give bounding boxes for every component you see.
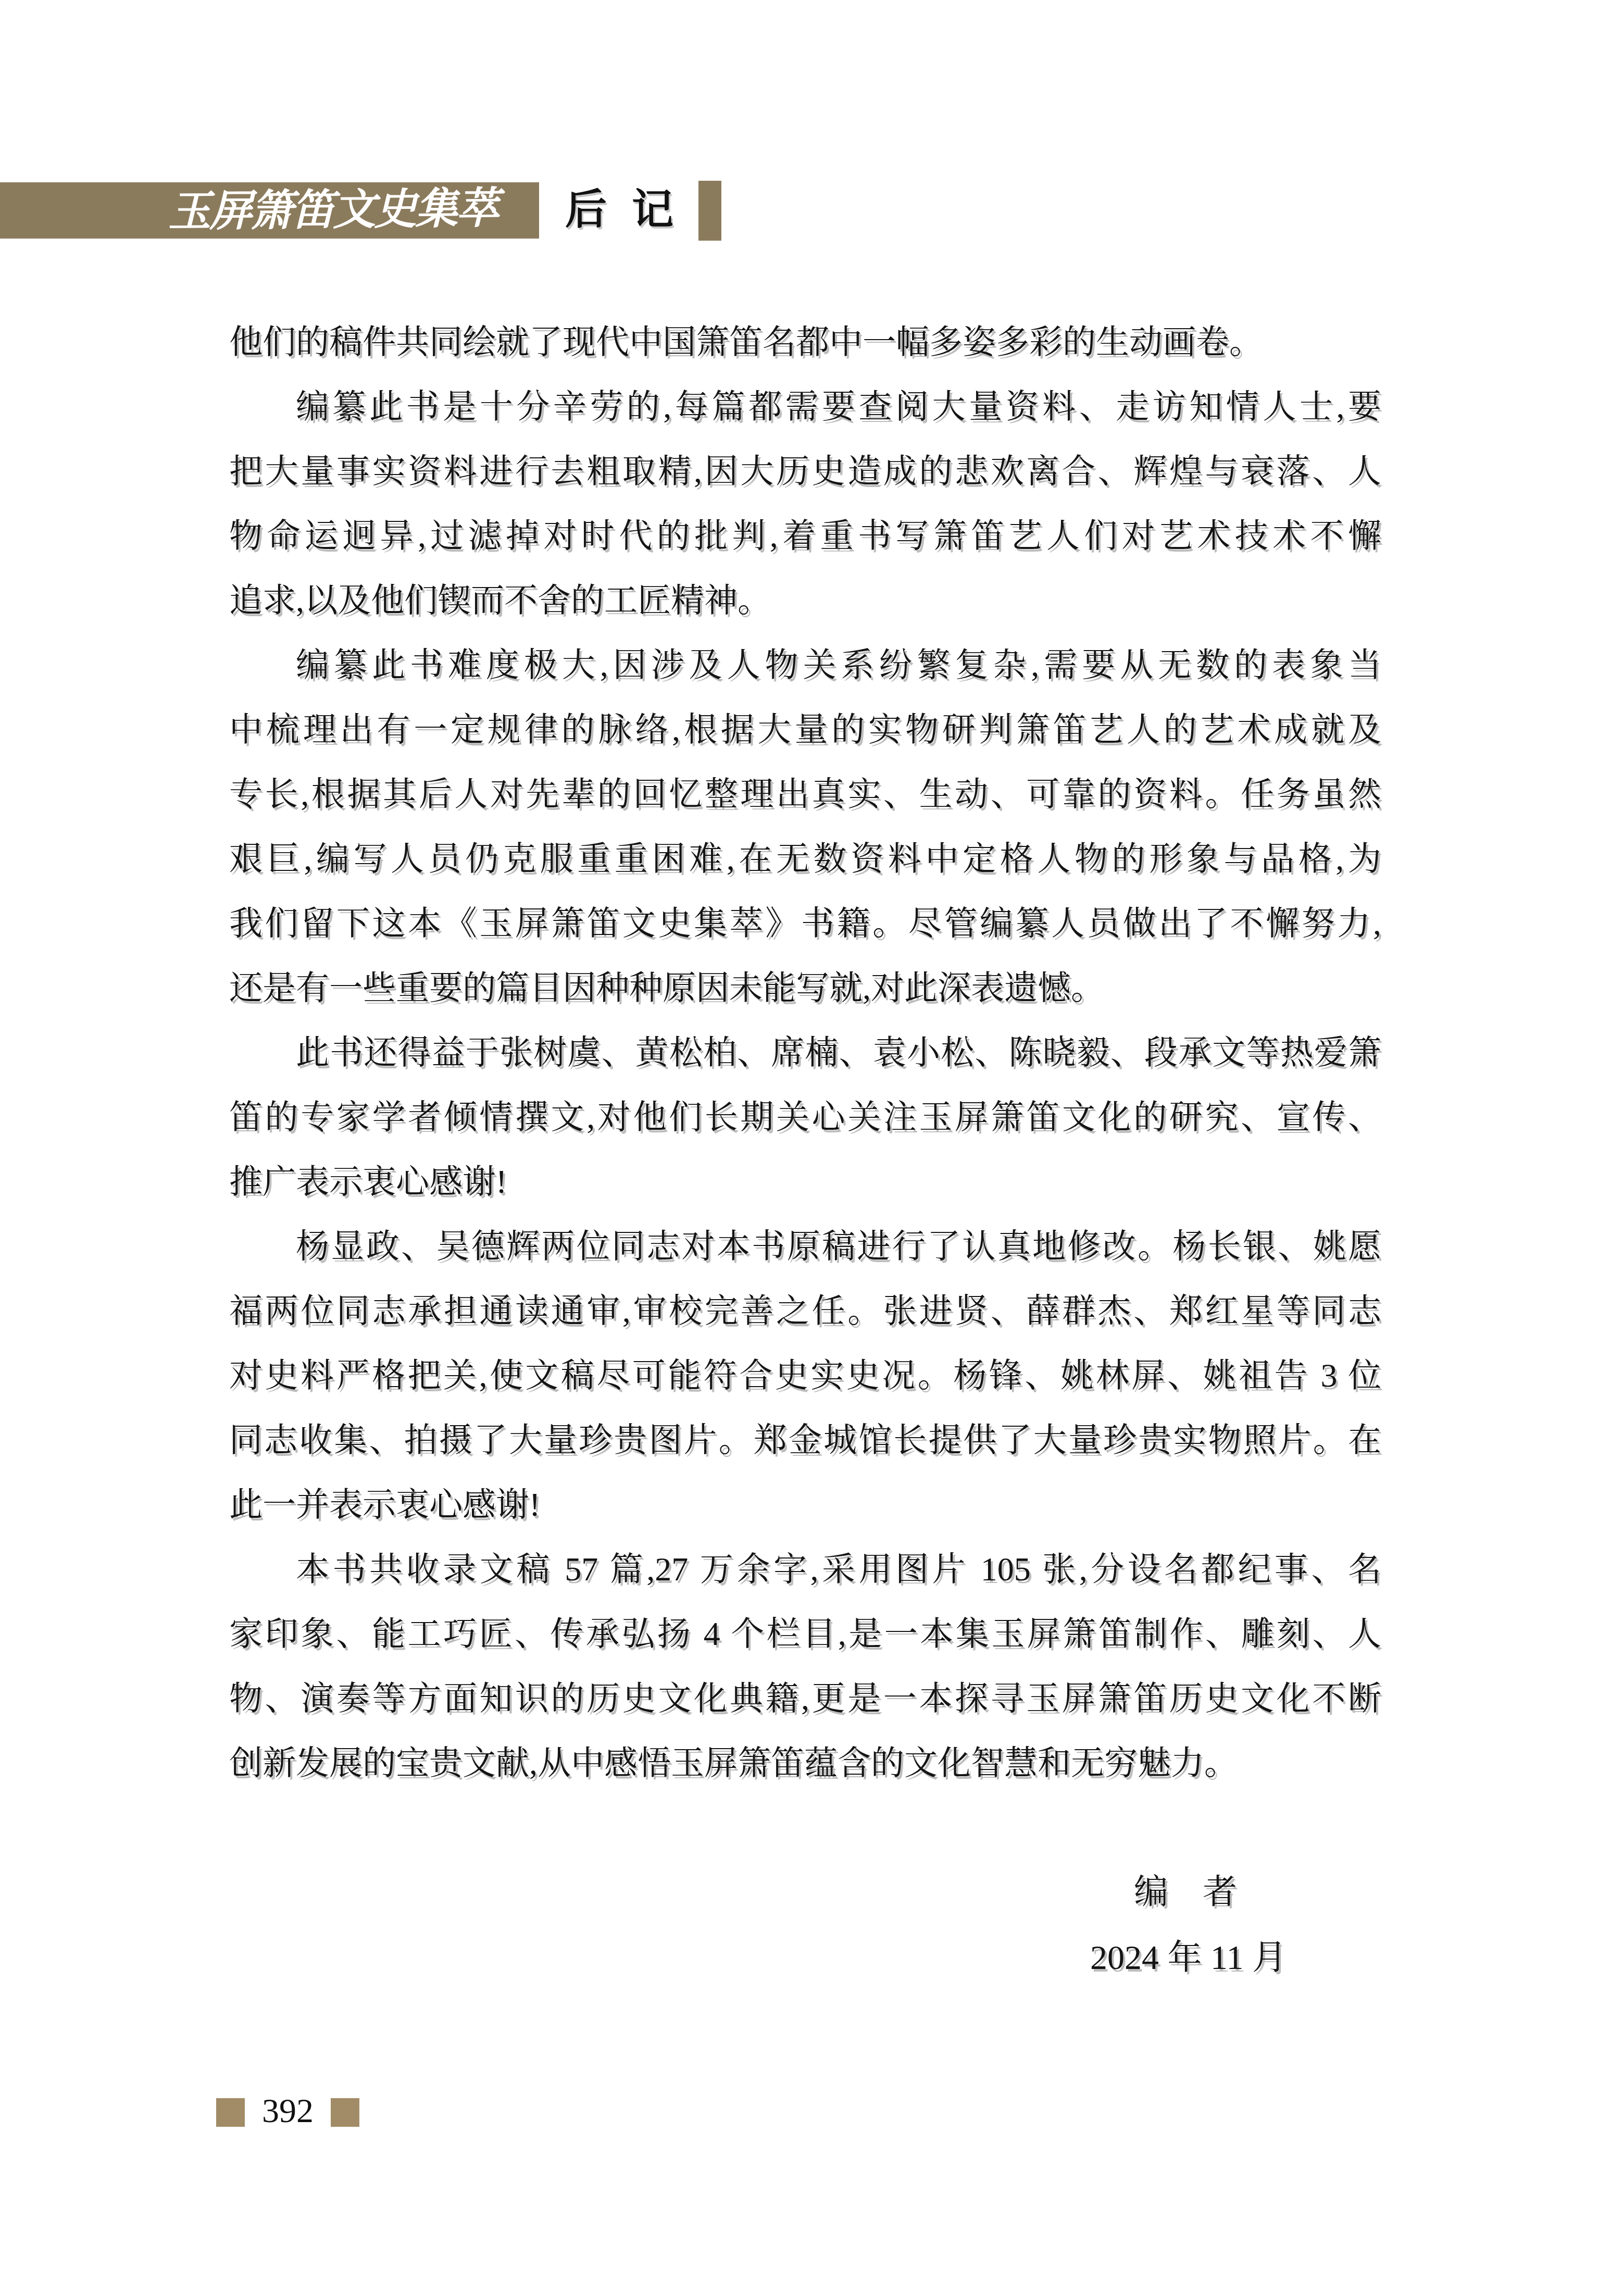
body-line: 笛的专家学者倾情撰文,对他们长期关心关注玉屏箫笛文化的研究、宣传、 xyxy=(229,1085,1381,1150)
body-line: 艰巨,编写人员仍克服重重困难,在无数资料中定格人物的形象与品格,为 xyxy=(229,827,1381,891)
body-line: 创新发展的宝贵文献,从中感悟玉屏箫笛蕴含的文化智慧和无穷魅力。 xyxy=(229,1731,1381,1796)
body-line: 中梳理出有一定规律的脉络,根据大量的实物研判箫笛艺人的艺术成就及 xyxy=(229,697,1381,762)
body-line: 还是有一些重要的篇目因种种原因未能写就,对此深表遗憾。 xyxy=(229,956,1381,1020)
body-line: 他们的稿件共同绘就了现代中国箫笛名都中一幅多姿多彩的生动画卷。 xyxy=(229,310,1381,375)
body-line: 编纂此书难度极大,因涉及人物关系纷繁复杂,需要从无数的表象当 xyxy=(229,633,1381,697)
body-line: 追求,以及他们锲而不舍的工匠精神。 xyxy=(229,568,1381,633)
body-line: 推广表示衷心感谢! xyxy=(229,1150,1381,1214)
footer-square-left xyxy=(216,2098,245,2127)
header-divider-bar xyxy=(698,181,721,241)
book-page: 玉屏箫笛文史集萃 后 记 他们的稿件共同绘就了现代中国箫笛名都中一幅多姿多彩的生… xyxy=(0,0,1624,2269)
body-line: 本书共收录文稿 57 篇,27 万余字,采用图片 105 张,分设名都纪事、名 xyxy=(229,1537,1381,1602)
signature-date: 2024 年 11 月 xyxy=(1090,1939,1286,1977)
body-line: 家印象、能工巧匠、传承弘扬 4 个栏目,是一本集玉屏箫笛制作、雕刻、人 xyxy=(229,1602,1381,1666)
book-title-calligraphy: 玉屏箫笛文史集萃 xyxy=(168,178,497,244)
header-band: 玉屏箫笛文史集萃 xyxy=(0,182,539,239)
body-line: 此书还得益于张树虞、黄松柏、席楠、袁小松、陈晓毅、段承文等热爱箫 xyxy=(229,1020,1381,1085)
body-line: 编纂此书是十分辛劳的,每篇都需要查阅大量资料、走访知情人士,要 xyxy=(229,375,1381,439)
editor-signature: 编 者 xyxy=(1134,1873,1237,1912)
body-line: 物命运迥异,过滤掉对时代的批判,着重书写箫笛艺人们对艺术技术不懈 xyxy=(229,504,1381,568)
body-line: 物、演奏等方面知识的历史文化典籍,更是一本探寻玉屏箫笛历史文化不断 xyxy=(229,1666,1381,1731)
body-line: 把大量事实资料进行去粗取精,因大历史造成的悲欢离合、辉煌与衰落、人 xyxy=(229,439,1381,504)
page-number: 392 xyxy=(245,2093,331,2129)
body-line: 同志收集、拍摄了大量珍贵图片。郑金城馆长提供了大量珍贵实物照片。在 xyxy=(229,1408,1381,1473)
body-line: 专长,根据其后人对先辈的回忆整理出真实、生动、可靠的资料。任务虽然 xyxy=(229,762,1381,827)
body-line: 对史料严格把关,使文稿尽可能符合史实史况。杨锋、姚林屏、姚祖告 3 位 xyxy=(229,1343,1381,1408)
body-line: 杨显政、吴德辉两位同志对本书原稿进行了认真地修改。杨长银、姚愿 xyxy=(229,1214,1381,1279)
afterword-text: 他们的稿件共同绘就了现代中国箫笛名都中一幅多姿多彩的生动画卷。 编纂此书是十分辛… xyxy=(229,310,1381,1796)
footer-square-right xyxy=(331,2098,359,2127)
body-line: 此一并表示衷心感谢! xyxy=(229,1473,1381,1537)
body-line: 我们留下这本《玉屏箫笛文史集萃》书籍。尽管编纂人员做出了不懈努力, xyxy=(229,891,1381,956)
chapter-title: 后 记 xyxy=(565,182,681,239)
body-line: 福两位同志承担通读通审,审校完善之任。张进贤、薛群杰、郑红星等同志 xyxy=(229,1279,1381,1343)
